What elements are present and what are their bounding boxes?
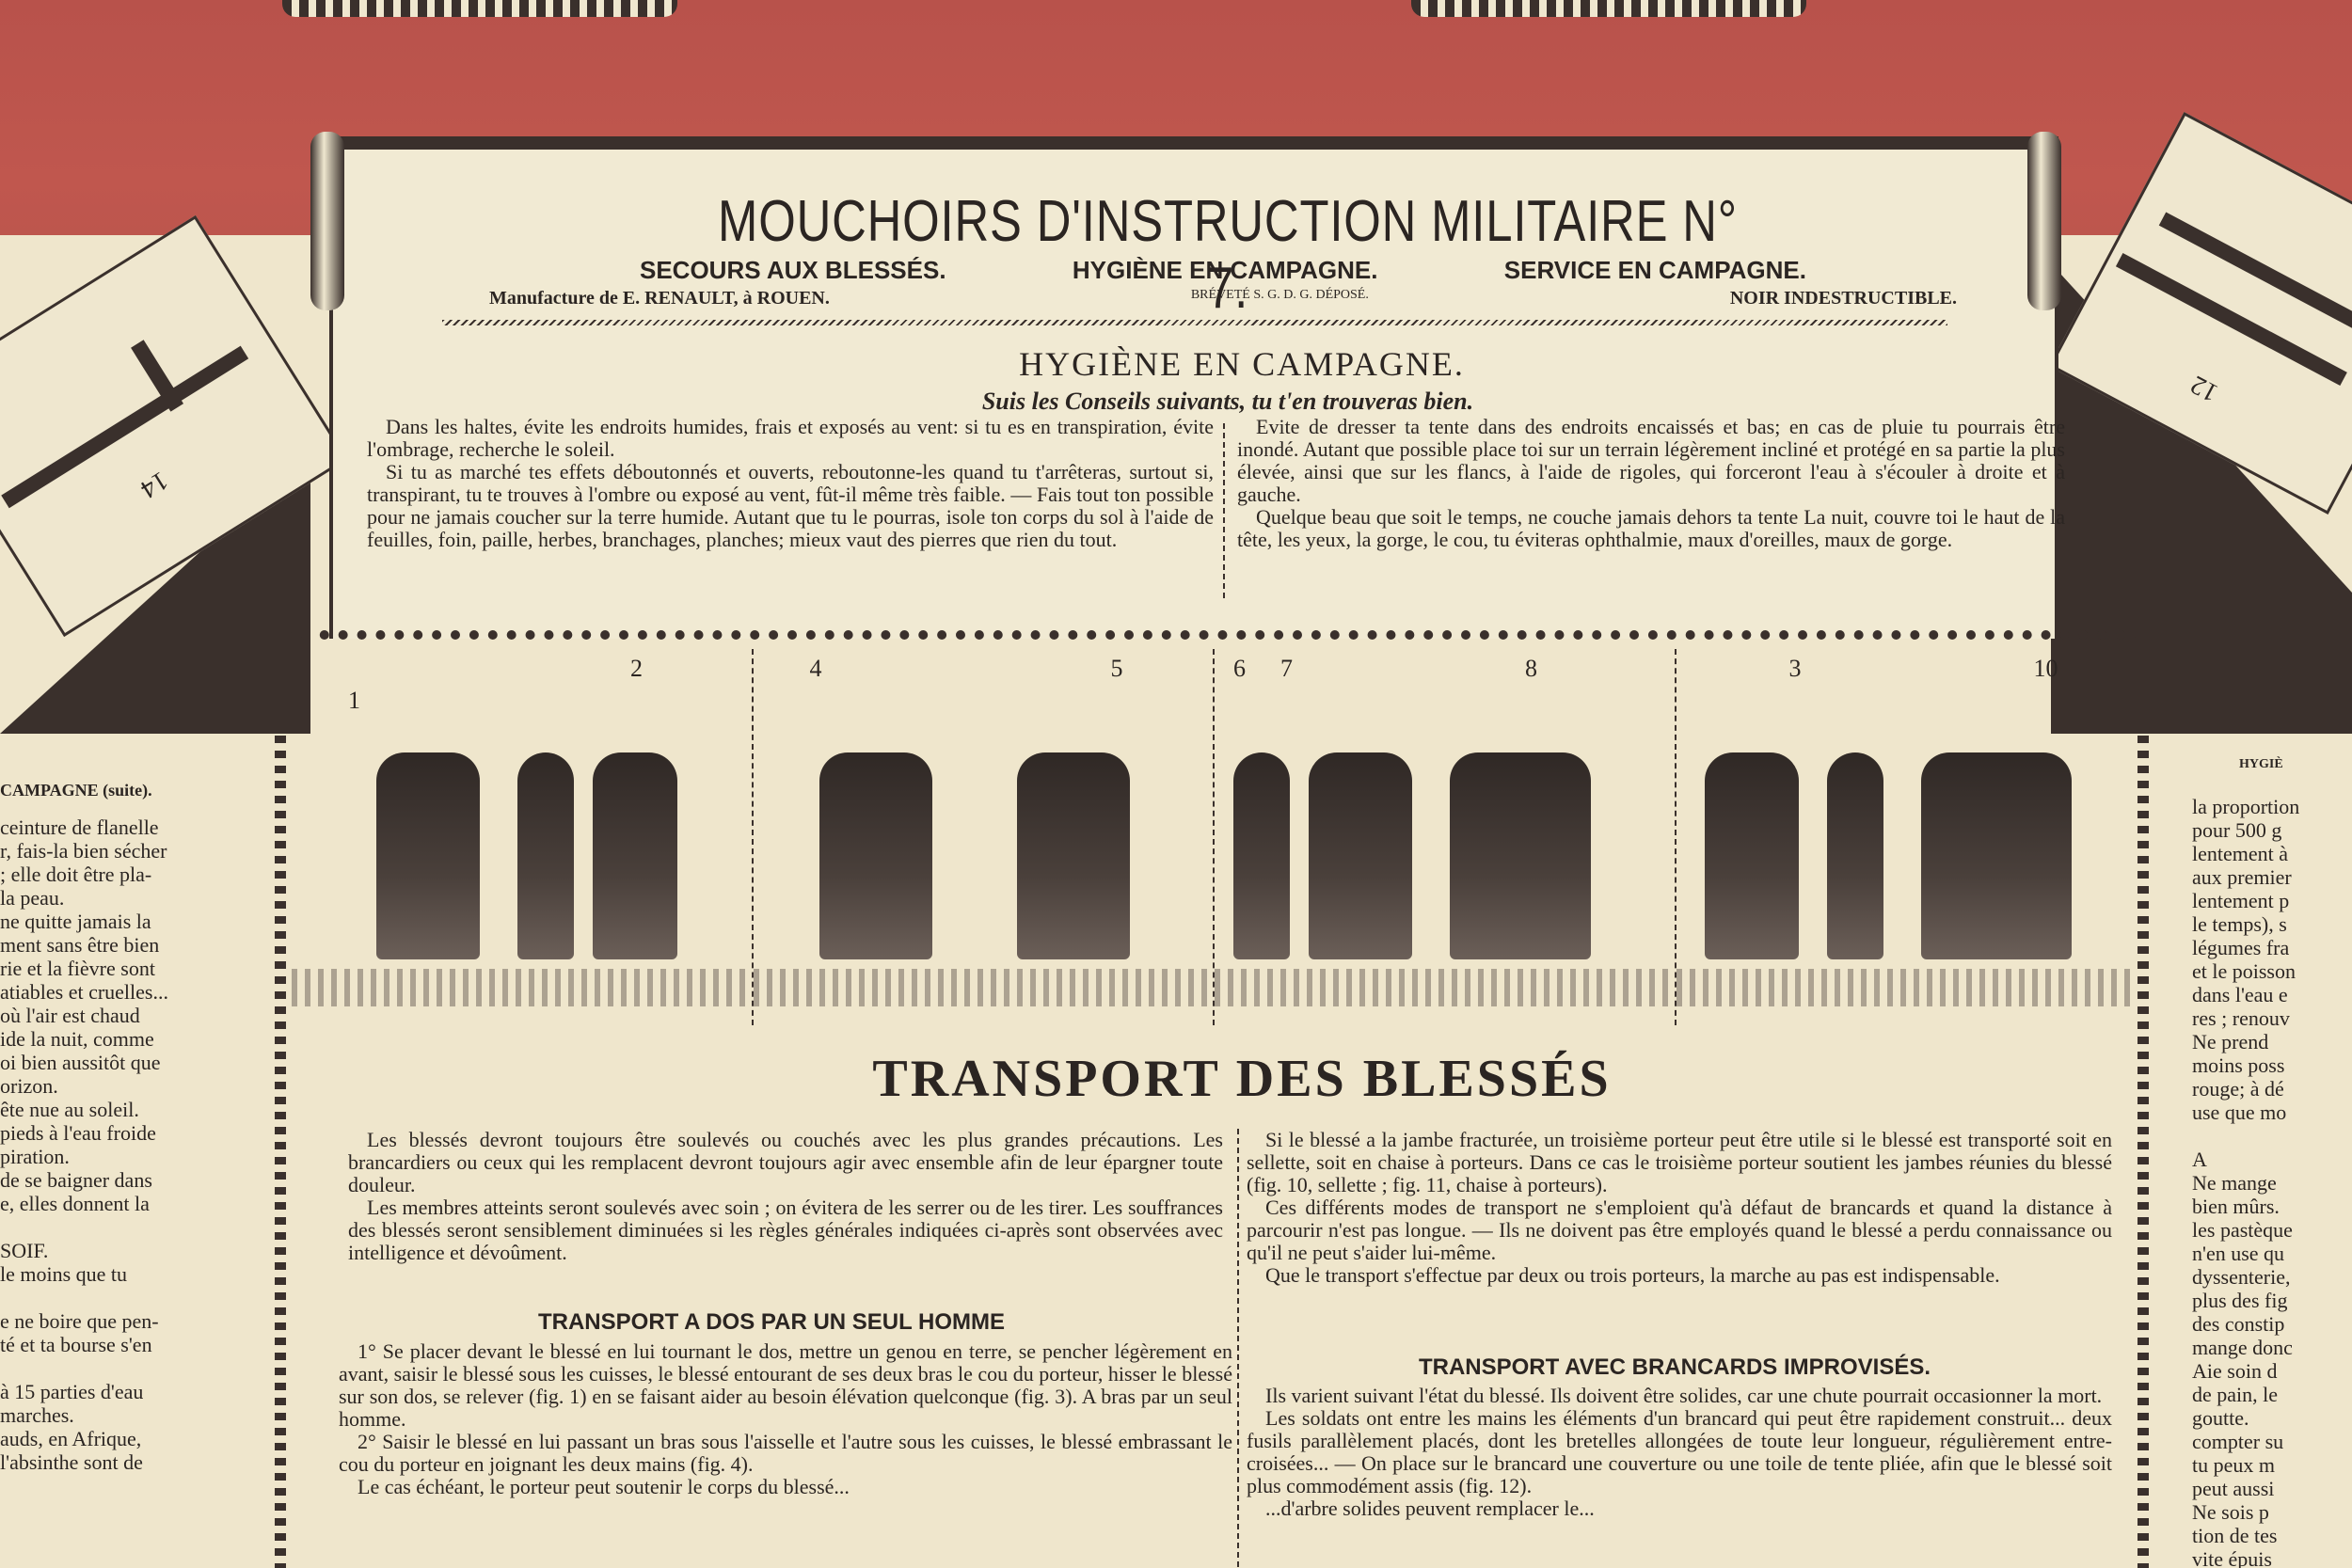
figure-number: 8 [1525, 655, 1537, 683]
text-line: Ne sois p [2192, 1500, 2352, 1524]
right-edge-column: HYGIÈ la proportion pour 500 g lentement… [2192, 752, 2352, 1568]
text-line: légumes fra [2192, 936, 2352, 959]
transport-paragraph: Les blessés devront toujours être soulev… [348, 1129, 1223, 1196]
text-line: goutte. [2192, 1406, 2352, 1430]
transport-subheading-right: TRANSPORT AVEC BRANCARDS IMPROVISÉS. [1317, 1354, 2032, 1381]
figure-panel: 6 7 8 [1215, 649, 1677, 1025]
text-line [0, 1286, 263, 1309]
frame-border-right [2137, 630, 2149, 1568]
soldier-figure [593, 752, 677, 959]
text-line [0, 1356, 263, 1380]
text-line: de pain, le [2192, 1383, 2352, 1406]
subtitle-service: SERVICE EN CAMPAGNE. [1504, 256, 1806, 285]
transport-paragraph: Les membres atteints seront soulevés ave… [348, 1196, 1223, 1264]
text-line: e, elles donnent la [0, 1192, 263, 1215]
manufacturer-line: Manufacture de E. RENAULT, à ROUEN. BRÉV… [489, 288, 1957, 309]
text-line: Aie soin d [2192, 1359, 2352, 1383]
ground-hatching [292, 969, 752, 1006]
left-edge-column: CAMPAGNE (suite). ceinture de flanelle r… [0, 779, 263, 1474]
text-line: ment sans être bien [0, 933, 263, 957]
text-line: r, fais-la bien sécher [0, 839, 263, 863]
right-edge-heading: HYGIÈ [2239, 752, 2352, 776]
hygiene-paragraph: Si tu as marché tes effets déboutonnés e… [367, 461, 1214, 551]
text-line: res ; renouv [2192, 1006, 2352, 1030]
text-line: e ne boire que pen- [0, 1309, 263, 1333]
transport-step: ...d'arbre solides peuvent remplacer le.… [1247, 1497, 2112, 1520]
rifle-icon [2159, 212, 2352, 340]
left-edge-heading: CAMPAGNE (suite). [0, 779, 263, 802]
hygiene-paragraph: Quelque beau que soit le temps, ne couch… [1237, 506, 2065, 551]
transport-left-steps: 1° Se placer devant le blessé en lui tou… [339, 1340, 1232, 1498]
column-divider [1237, 1129, 1239, 1568]
text-line: pieds à l'eau froide [0, 1121, 263, 1145]
text-line: auds, en Afrique, [0, 1427, 263, 1450]
figure-number: 14 [135, 465, 173, 504]
text-line: ête nue au soleil. [0, 1098, 263, 1121]
soldier-figure [517, 752, 574, 959]
text-line: té et ta bourse s'en [0, 1333, 263, 1356]
figure-panel: 4 5 [754, 649, 1216, 1025]
text-line: plus des fig [2192, 1289, 2352, 1312]
transport-heading: TRANSPORT DES BLESSÉS [734, 1049, 1750, 1109]
wavy-divider [442, 320, 1947, 325]
text-line: n'en use qu [2192, 1242, 2352, 1265]
text-line: le temps), s [2192, 912, 2352, 936]
text-line: piration. [0, 1145, 263, 1168]
text-line: dyssenterie, [2192, 1265, 2352, 1289]
text-line: Ne prend [2192, 1030, 2352, 1053]
text-line: atiables et cruelles... [0, 980, 263, 1004]
frame-border-left [275, 630, 286, 1568]
transport-step: 2° Saisir le blessé en lui passant un br… [339, 1431, 1232, 1476]
scroll-curl-right [2027, 132, 2061, 310]
figure-number: 12 [2185, 369, 2223, 407]
stretcher-icon [1, 346, 248, 509]
text-line: moins poss [2192, 1053, 2352, 1077]
top-ornament-right [1411, 0, 1806, 17]
hygiene-paragraph: Dans les haltes, évite les endroits humi… [367, 416, 1214, 461]
text-line: aux premier [2192, 865, 2352, 889]
text-line: où l'air est chaud [0, 1004, 263, 1027]
text-line: la proportion [2192, 795, 2352, 818]
transport-paragraph: Ces différents modes de transport ne s'e… [1247, 1196, 2112, 1264]
text-line: la peau. [0, 886, 263, 910]
text-line: ne quitte jamais la [0, 910, 263, 933]
text-line: dans l'eau e [2192, 983, 2352, 1006]
text-line: A [2192, 1148, 2352, 1171]
text-line: compter su [2192, 1430, 2352, 1453]
subtitle-line: SECOURS AUX BLESSÉS. HYGIÈNE EN CAMPAGNE… [640, 256, 1806, 285]
text-line: oi bien aussitôt que [0, 1051, 263, 1074]
transport-left-column: Les blessés devront toujours être soulev… [348, 1129, 1223, 1264]
ground-hatching [754, 969, 1214, 1006]
transport-paragraph: Que le transport s'effectue par deux ou … [1247, 1264, 2112, 1287]
text-line: pour 500 g [2192, 818, 2352, 842]
patent-note: BRÉVETÉ S. G. D. G. DÉPOSÉ. [1191, 288, 1369, 309]
transport-right-column: Si le blessé a la jambe fracturée, un tr… [1247, 1129, 2112, 1287]
text-line: mange donc [2192, 1336, 2352, 1359]
soldier-figure [1921, 752, 2072, 959]
text-line: ceinture de flanelle [0, 816, 263, 839]
text-line: lentement à [2192, 842, 2352, 865]
subtitle-hygiene: HYGIÈNE EN CAMPAGNE. [1073, 256, 1378, 285]
soldier-figure [1309, 752, 1412, 959]
soldier-figure [1827, 752, 1883, 959]
text-line: à 15 parties d'eau [0, 1380, 263, 1403]
text-line: l'absinthe sont de [0, 1450, 263, 1474]
figure-number: 7 [1280, 655, 1293, 683]
text-line: rouge; à dé [2192, 1077, 2352, 1101]
scroll-curl-left [310, 132, 344, 310]
rifle-icon [2116, 253, 2347, 386]
text-line: Ne mange [2192, 1171, 2352, 1195]
manufacturer: Manufacture de E. RENAULT, à ROUEN. [489, 288, 830, 309]
text-line: de se baigner dans [0, 1168, 263, 1192]
figures-strip: 1 2 4 5 6 7 8 3 10 [292, 649, 2136, 1025]
text-line: tu peux m [2192, 1453, 2352, 1477]
text-line: ide la nuit, comme [0, 1027, 263, 1051]
text-line: bien mûrs. [2192, 1195, 2352, 1218]
text-line: et le poisson [2192, 959, 2352, 983]
transport-paragraph: Si le blessé a la jambe fracturée, un tr… [1247, 1129, 2112, 1196]
soldier-figure [1450, 752, 1591, 959]
text-line: use que mo [2192, 1101, 2352, 1124]
column-divider [1223, 423, 1225, 602]
text-line: lentement p [2192, 889, 2352, 912]
transport-step: Ils varient suivant l'état du blessé. Il… [1247, 1385, 2112, 1407]
text-line: ; elle doit être pla- [0, 863, 263, 886]
transport-step: 1° Se placer devant le blessé en lui tou… [339, 1340, 1232, 1431]
figure-number: 1 [348, 687, 360, 715]
hygiene-right-column: Evite de dresser ta tente dans des endro… [1237, 416, 2065, 551]
figure-number: 2 [630, 655, 643, 683]
soldier-figure [1233, 752, 1290, 959]
figure-number: 10 [2034, 655, 2058, 683]
soldier-figure [1017, 752, 1130, 959]
text-line: marches. [0, 1403, 263, 1427]
figure-number: 3 [1789, 655, 1802, 683]
soldier-figure [819, 752, 932, 959]
text-line [2192, 1124, 2352, 1148]
text-line: le moins que tu [0, 1262, 263, 1286]
figure-number: 4 [810, 655, 822, 683]
figure-number: 6 [1233, 655, 1246, 683]
transport-step: Les soldats ont entre les mains les élém… [1247, 1407, 2112, 1497]
ground-hatching [1677, 969, 2137, 1006]
hygiene-motto: Suis les Conseils suivants, tu t'en trou… [734, 388, 1722, 416]
top-ornament-left [282, 0, 677, 17]
figure-panel: 1 2 [292, 649, 754, 1025]
text-line: vite épuis [2192, 1547, 2352, 1568]
hygiene-heading: HYGIÈNE EN CAMPAGNE. [903, 344, 1581, 384]
text-line: tion de tes [2192, 1524, 2352, 1547]
ink-note: NOIR INDESTRUCTIBLE. [1730, 288, 1957, 309]
ground-hatching [1215, 969, 1675, 1006]
text-line: des constip [2192, 1312, 2352, 1336]
hygiene-left-column: Dans les haltes, évite les endroits humi… [367, 416, 1214, 551]
soldier-figure [1705, 752, 1799, 959]
hygiene-paragraph: Evite de dresser ta tente dans des endro… [1237, 416, 2065, 506]
figure-panel: 3 10 [1677, 649, 2137, 1025]
soldier-figure [376, 752, 480, 959]
text-line: SOIF. [0, 1239, 263, 1262]
text-line: rie et la fièvre sont [0, 957, 263, 980]
figure-number: 5 [1111, 655, 1123, 683]
transport-subheading-left: TRANSPORT A DOS PAR UN SEUL HOMME [442, 1309, 1101, 1336]
subtitle-secours: SECOURS AUX BLESSÉS. [640, 256, 946, 285]
text-line: orizon. [0, 1074, 263, 1098]
text-line: peut aussi [2192, 1477, 2352, 1500]
transport-step: Le cas échéant, le porteur peut soutenir… [339, 1476, 1232, 1498]
text-line [0, 1215, 263, 1239]
text-line: les pastèque [2192, 1218, 2352, 1242]
transport-right-steps: Ils varient suivant l'état du blessé. Il… [1247, 1385, 2112, 1520]
